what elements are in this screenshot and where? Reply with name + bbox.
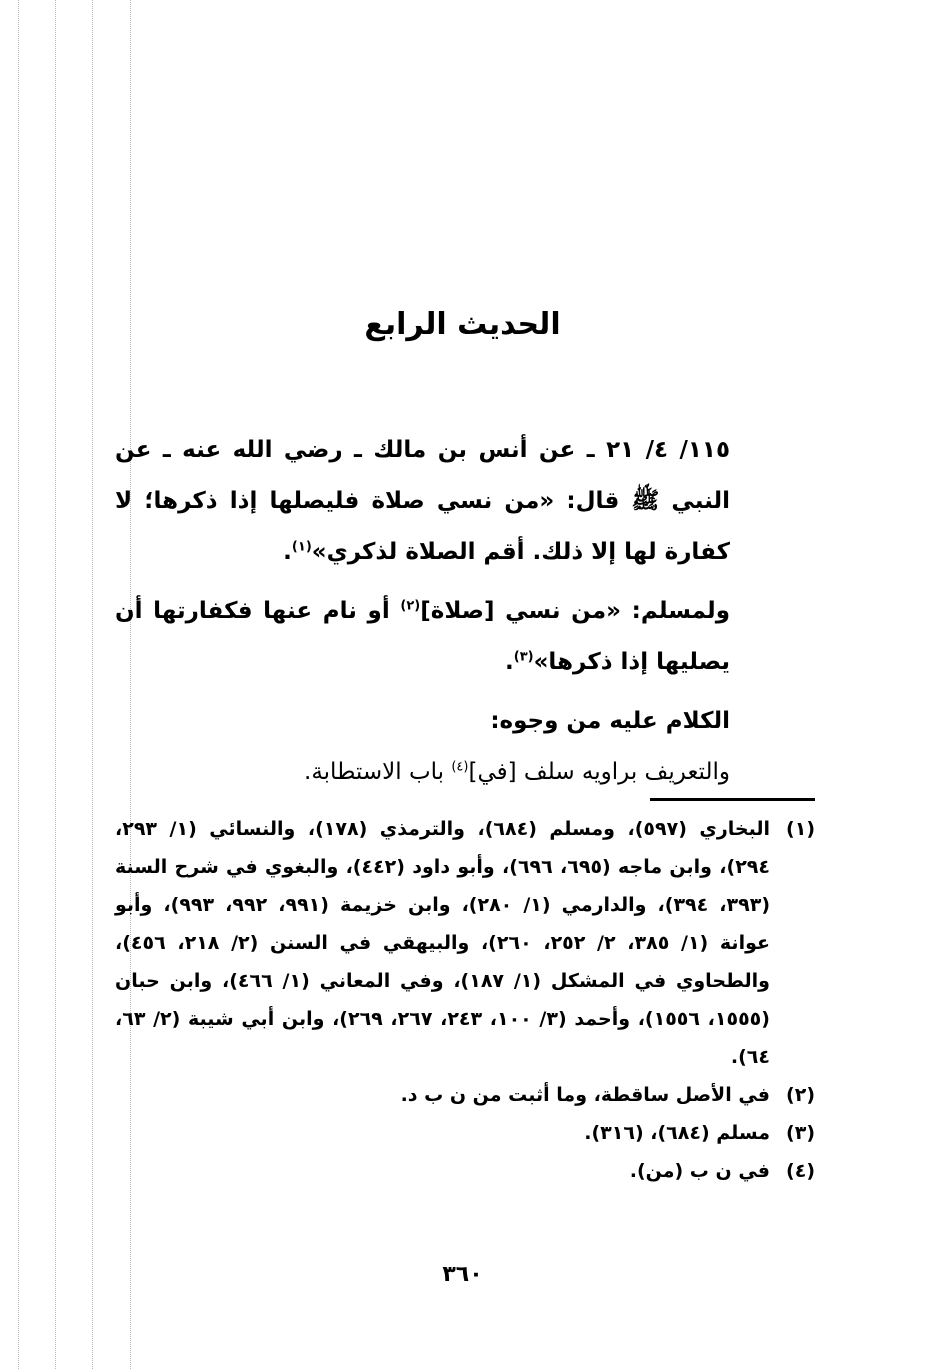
footnote-text: مسلم (٦٨٤)، (٣١٦). <box>115 1114 770 1152</box>
margin-guide <box>92 0 93 1369</box>
footnotes: (١) البخاري (٥٩٧)، ومسلم (٦٨٤)، والترمذي… <box>115 810 815 1190</box>
footnote-number: (٤) <box>770 1152 815 1190</box>
margin-guide <box>55 0 56 1369</box>
footnote-text: البخاري (٥٩٧)، ومسلم (٦٨٤)، والترمذي (١٧… <box>115 810 770 1076</box>
muslim-paragraph: ولمسلم: «من نسي [صلاة](٢) أو نام عنها فك… <box>115 586 815 688</box>
footnote-separator <box>650 798 815 801</box>
page-title: الحديث الرابع <box>110 305 815 345</box>
hadith-number: ١١٥/ ٤/ ٢١ <box>606 437 730 463</box>
footnote-number: (٢) <box>770 1076 815 1114</box>
hadith-body: ١١٥/ ٤/ ٢١ ـ عن أنس بن مالك ـ رضي الله ع… <box>115 425 815 798</box>
footnote-item: (١) البخاري (٥٩٧)، ومسلم (٦٨٤)، والترمذي… <box>115 810 815 1076</box>
footnote-text: في الأصل ساقطة، وما أثبت من ن ب د. <box>115 1076 770 1114</box>
footnote-item: (٢) في الأصل ساقطة، وما أثبت من ن ب د. <box>115 1076 815 1114</box>
footnote-number: (٣) <box>770 1114 815 1152</box>
footnote-ref[interactable]: (٢) <box>400 598 420 613</box>
footnote-text: في ن ب (من). <box>115 1152 770 1190</box>
footnote-item: (٤) في ن ب (من). <box>115 1152 815 1190</box>
footnote-ref[interactable]: (٣) <box>514 649 534 664</box>
intro-paragraph: والتعريف براويه سلف [في](٤) باب الاستطاب… <box>115 747 815 798</box>
hadith-paragraph: ١١٥/ ٤/ ٢١ ـ عن أنس بن مالك ـ رضي الله ع… <box>115 425 815 578</box>
footnote-number: (١) <box>770 810 815 1076</box>
footnote-ref[interactable]: (١) <box>292 539 312 554</box>
footnote-item: (٣) مسلم (٦٨٤)، (٣١٦). <box>115 1114 815 1152</box>
section-heading: الكلام عليه من وجوه: <box>115 696 815 747</box>
footnote-ref[interactable]: (٤) <box>451 759 468 774</box>
page-number: ٣٦٠ <box>110 1262 815 1287</box>
margin-guide <box>18 0 19 1369</box>
